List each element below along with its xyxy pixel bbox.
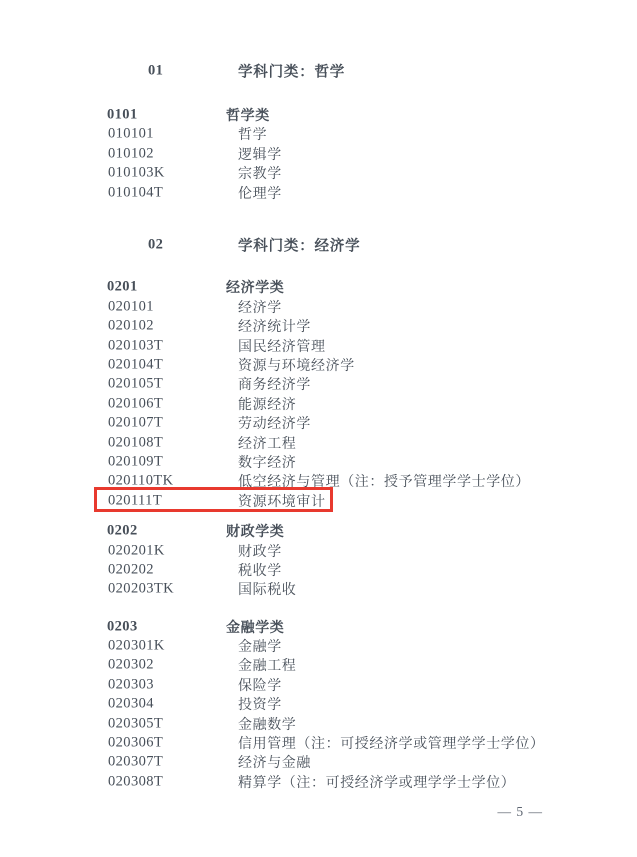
- section-title: 学科门类：经济学: [238, 235, 360, 256]
- major-row: 020301K 金融学: [0, 636, 637, 655]
- major-row: 020105T 商务经济学: [0, 375, 637, 394]
- major-row: 020305T 金融数学: [0, 714, 637, 733]
- major-row: 020308T 精算学（注：可授经济学或理学学士学位）: [0, 772, 637, 791]
- category-name: 财政学类: [226, 521, 284, 541]
- major-row: 020306T 信用管理（注：可授经济学或管理学学士学位）: [0, 733, 637, 752]
- major-code: 020307T: [108, 754, 163, 771]
- document-page: 01 学科门类：哲学 0101 哲学类 010101 哲学 010102 逻辑学…: [0, 0, 637, 857]
- major-row: 020102 经济统计学: [0, 317, 637, 336]
- major-row: 020101 经济学: [0, 297, 637, 316]
- major-row: 020106T 能源经济: [0, 394, 637, 413]
- major-code: 010101: [108, 126, 154, 143]
- major-name: 精算学（注：可授经济学或理学学士学位）: [238, 772, 515, 792]
- category-name: 经济学类: [226, 277, 284, 297]
- major-row-highlighted: 020111T 资源环境审计: [0, 491, 637, 510]
- category-name: 哲学类: [226, 105, 270, 125]
- major-name: 低空经济与管理（注：授予管理学学士学位）: [238, 471, 530, 491]
- major-code: 010103K: [108, 165, 165, 182]
- major-name: 保险学: [238, 675, 282, 695]
- major-code: 020107T: [108, 415, 163, 432]
- major-code: 020108T: [108, 434, 163, 451]
- major-code: 020106T: [108, 395, 163, 412]
- major-name: 国民经济管理: [238, 336, 326, 356]
- major-name: 经济学: [238, 297, 282, 317]
- major-code: 020305T: [108, 715, 163, 732]
- category-row: 0202 财政学类: [0, 521, 637, 540]
- major-row: 020109T 数字经济: [0, 452, 637, 471]
- major-code: 020104T: [108, 356, 163, 373]
- major-name: 经济与金融: [238, 752, 311, 772]
- major-name: 金融数学: [238, 714, 296, 734]
- major-name: 信用管理（注：可授经济学或管理学学士学位）: [238, 733, 545, 753]
- category-row: 0101 哲学类: [0, 105, 637, 124]
- major-name: 国际税收: [238, 579, 296, 599]
- major-name: 宗教学: [238, 163, 282, 183]
- major-name: 财政学: [238, 541, 282, 561]
- major-code: 010102: [108, 145, 154, 162]
- category-name: 金融学类: [226, 617, 284, 637]
- major-code: 020301K: [108, 638, 165, 655]
- major-row: 020201K 财政学: [0, 541, 637, 560]
- major-name: 商务经济学: [238, 374, 311, 394]
- section-code: 02: [148, 237, 163, 254]
- major-code: 010104T: [108, 184, 163, 201]
- major-row: 020307T 经济与金融: [0, 753, 637, 772]
- category-row: 0201 经济学类: [0, 278, 637, 297]
- major-code: 020103T: [108, 337, 163, 354]
- major-row: 020110TK 低空经济与管理（注：授予管理学学士学位）: [0, 472, 637, 491]
- major-name: 能源经济: [238, 394, 296, 414]
- major-row: 020104T 资源与环境经济学: [0, 355, 637, 374]
- major-name: 劳动经济学: [238, 413, 311, 433]
- major-code: 020303: [108, 676, 154, 693]
- category-row: 0203 金融学类: [0, 617, 637, 636]
- major-row: 020304 投资学: [0, 695, 637, 714]
- section-header-economics: 02 学科门类：经济学: [0, 235, 637, 254]
- page-number: — 5 —: [0, 802, 637, 821]
- major-code: 020109T: [108, 453, 163, 470]
- major-row: 020108T 经济工程: [0, 433, 637, 452]
- major-name: 资源环境审计: [238, 491, 326, 511]
- major-code: 020306T: [108, 735, 163, 752]
- major-row: 010101 哲学: [0, 125, 637, 144]
- section-header-philosophy: 01 学科门类：哲学: [0, 61, 637, 80]
- major-code: 020101: [108, 298, 154, 315]
- major-name: 金融学: [238, 636, 282, 656]
- major-name: 投资学: [238, 694, 282, 714]
- major-name: 伦理学: [238, 183, 282, 203]
- category-code: 0202: [107, 523, 138, 540]
- major-code: 020105T: [108, 376, 163, 393]
- major-code: 020111T: [108, 492, 162, 509]
- major-row: 020202 税收学: [0, 560, 637, 579]
- major-code: 020201K: [108, 542, 165, 559]
- major-name: 数字经济: [238, 452, 296, 472]
- major-code: 020110TK: [108, 473, 174, 490]
- category-code: 0203: [107, 618, 138, 635]
- major-row: 020103T 国民经济管理: [0, 336, 637, 355]
- major-row: 010103K 宗教学: [0, 164, 637, 183]
- major-code: 020203TK: [108, 581, 174, 598]
- major-name: 资源与环境经济学: [238, 355, 355, 375]
- section-code: 01: [148, 62, 163, 79]
- major-name: 税收学: [238, 560, 282, 580]
- major-name: 金融工程: [238, 655, 296, 675]
- major-name: 经济统计学: [238, 316, 311, 336]
- major-row: 020302 金融工程: [0, 656, 637, 675]
- major-code: 020302: [108, 657, 154, 674]
- major-row: 010104T 伦理学: [0, 183, 637, 202]
- major-name: 哲学: [238, 124, 267, 144]
- major-code: 020102: [108, 318, 154, 335]
- major-code: 020308T: [108, 773, 163, 790]
- major-name: 经济工程: [238, 433, 296, 453]
- section-title: 学科门类：哲学: [238, 60, 345, 81]
- major-row: 020303 保险学: [0, 675, 637, 694]
- major-name: 逻辑学: [238, 144, 282, 164]
- major-code: 020202: [108, 561, 154, 578]
- major-row: 010102 逻辑学: [0, 144, 637, 163]
- major-code: 020304: [108, 696, 154, 713]
- category-code: 0201: [107, 279, 138, 296]
- major-row: 020107T 劳动经济学: [0, 413, 637, 432]
- major-row: 020203TK 国际税收: [0, 580, 637, 599]
- category-code: 0101: [107, 107, 138, 124]
